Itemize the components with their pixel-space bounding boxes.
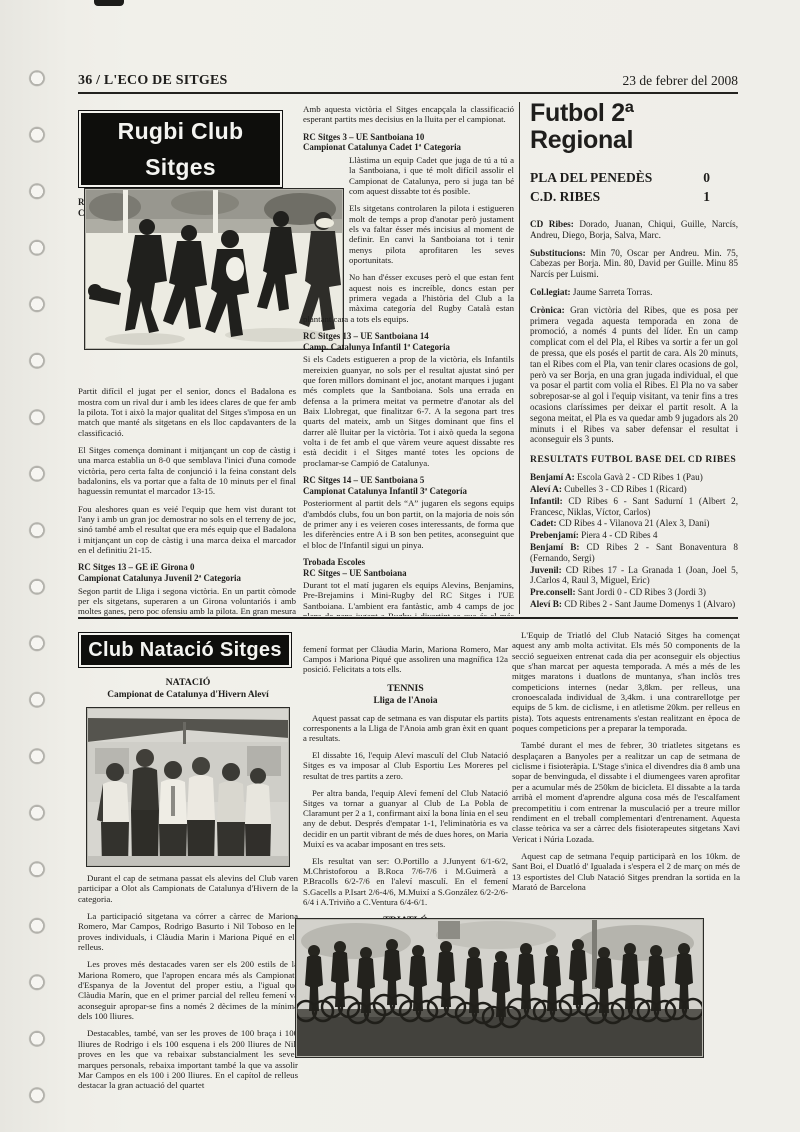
base-result-row: Benjamí A: Escola Gavà 2 - CD Ribes 1 (P… xyxy=(530,472,738,483)
scan-smudge xyxy=(94,0,124,6)
result-label: Juvenil: xyxy=(530,565,562,575)
article-paragraph: Per altra banda, l'equip Aleví femení de… xyxy=(303,788,508,849)
article-paragraph: femení format per Clàudia Marin, Mariona… xyxy=(303,644,508,675)
lineup-label: CD Ribes: xyxy=(530,219,574,229)
match-score: RC Sitges 3 – UE Santboiana 10 xyxy=(303,132,514,143)
article-paragraph: Partit difícil el jugat per el senior, d… xyxy=(78,386,296,438)
team-goals: 0 xyxy=(703,168,738,187)
column-divider xyxy=(519,102,520,614)
match-score: RC Sitges 13 – UE Santboiana 14 xyxy=(303,331,514,342)
article-paragraph: També durant el mes de febrer, 30 triatl… xyxy=(512,740,740,843)
futbol-section-title: Futbol 2ª Regional xyxy=(530,100,738,154)
swim-team-photo xyxy=(86,707,290,867)
referee-paragraph: Col.legiat: Jaume Sarreta Torras. xyxy=(530,287,738,298)
match-heading-infantil1: RC Sitges 13 – UE Santboiana 14 Camp. Ca… xyxy=(303,331,514,352)
article-paragraph: Amb aquesta victòria el Sitges encapçala… xyxy=(303,104,514,125)
result-text: CD Ribes 2 - Sant Jaume Domenys 1 (Alvar… xyxy=(562,599,735,609)
rugby-middle-column: Amb aquesta victòria el Sitges encapçala… xyxy=(303,104,514,616)
result-text: Cubelles 3 - CD Ribes 1 (Ricard) xyxy=(562,484,687,494)
paragraph-text: Llàstima un equip Cadet que juga de tú a… xyxy=(349,155,514,196)
result-text: CD Ribes 17 - La Granada 1 (Joan, Joel 5… xyxy=(530,565,738,586)
chronicle-label: Crònica: xyxy=(530,305,565,315)
match-competition: Camp. Catalunya Infantil 1ª Categoria xyxy=(303,342,514,353)
article-paragraph: Durant tot el matí jugaren els equips Al… xyxy=(303,580,514,616)
match-competition: Campionat Catalunya Infantil 3ª Categorí… xyxy=(303,486,514,497)
result-label: Cadet: xyxy=(530,518,557,528)
article-paragraph: Durant el cap de setmana passat els alev… xyxy=(78,873,298,904)
subs-label: Substitucions: xyxy=(530,248,586,258)
match-heading-juvenil: RC Sitges 13 – GE iE Girona 0 Campionat … xyxy=(78,562,296,583)
article-paragraph: L'Equip de Triatló del Club Natació Sitg… xyxy=(512,630,740,733)
referee-text: Jaume Sarreta Torras. xyxy=(571,287,653,297)
triatlo-column: L'Equip de Triatló del Club Natació Sitg… xyxy=(512,630,740,914)
match-score: RC Sitges 13 – GE iE Girona 0 xyxy=(78,562,296,573)
rugby-section-title-box: Rugbi Club Sitges xyxy=(78,110,283,188)
article-paragraph: El Sitges comença dominant i mitjançant … xyxy=(78,445,296,497)
rugby-left-column: Rugbi Club Sitges RC Sitges 21 – CR Bada… xyxy=(78,110,296,616)
article-paragraph: Si els Cadets estigueren a prop de la vi… xyxy=(303,354,514,468)
tennis-column: femení format per Clàudia Marin, Mariona… xyxy=(303,644,508,920)
article-paragraph: Els resultat van ser: O.Portillo a J.Jun… xyxy=(303,856,508,907)
cyclists-photo-art xyxy=(296,919,703,1057)
match-heading-escoles: Trobada Escoles RC Sitges – UE Santboian… xyxy=(303,557,514,578)
article-paragraph: Aquest cap de setmana l'equip participar… xyxy=(512,851,740,892)
team-name: PLA DEL PENEDÈS xyxy=(530,168,652,187)
lineup-paragraph: CD Ribes: Dorado, Juanan, Chiqui, Guille… xyxy=(530,219,738,241)
team-goals: 1 xyxy=(703,187,738,206)
article-paragraph: Destacables, també, van ser les proves d… xyxy=(78,1028,298,1090)
base-result-row: Aleví A: Cubelles 3 - CD Ribes 1 (Ricard… xyxy=(530,484,738,495)
newspaper-page: 36 / L'ECO DE SITGES 23 de febrer del 20… xyxy=(0,0,800,1132)
base-results-title: RESULTATS FUTBOL BASE DEL CD RIBES xyxy=(530,454,738,466)
match-competition: RC Sitges – UE Santboiana xyxy=(303,568,514,579)
match-score: RC Sitges 14 – UE Santboiana 5 xyxy=(303,475,514,486)
natacio-subheading: Campionat de Catalunya d'Hivern Aleví xyxy=(78,689,298,701)
result-label: Benjamí B: xyxy=(530,542,579,552)
match-competition: Campionat Catalunya Juvenil 2ª Categoria xyxy=(78,573,296,584)
chronicle-paragraph: Crònica: Gran victòria del Ribes, que es… xyxy=(530,305,738,445)
result-label: Prebenjamí: xyxy=(530,530,579,540)
futbol-column: Futbol 2ª Regional PLA DEL PENEDÈS 0 C.D… xyxy=(530,100,738,614)
result-text: Escola Gavà 2 - CD Ribes 1 (Pau) xyxy=(575,472,703,482)
article-paragraph: Llàstima un equip Cadet que juga de tú a… xyxy=(303,155,514,196)
tennis-subheading: Lliga de l'Anoia xyxy=(303,695,508,707)
referee-label: Col.legiat: xyxy=(530,287,571,297)
substitutions-paragraph: Substitucions: Min 70, Oscar per Andreu.… xyxy=(530,248,738,280)
masthead: 36 / L'ECO DE SITGES 23 de febrer del 20… xyxy=(78,70,738,94)
result-label: Benjamí A: xyxy=(530,472,575,482)
match-competition: Campionat Catalunya Cadet 1ª Categoria xyxy=(303,142,514,153)
base-result-row: Aleví B: CD Ribes 2 - Sant Jaume Domenys… xyxy=(530,599,738,610)
article-paragraph: Fou aleshores quan es veié l'equip que h… xyxy=(78,504,296,556)
tennis-heading: TENNIS xyxy=(303,683,508,695)
rugby-section-title: Rugbi Club Sitges xyxy=(81,113,280,185)
section-divider-rule xyxy=(78,617,738,619)
top-section: Rugbi Club Sitges RC Sitges 21 – CR Bada… xyxy=(0,96,800,618)
natacio-heading: NATACIÓ xyxy=(78,677,298,689)
swim-photo-art xyxy=(87,708,289,866)
match-heading-infantil3: RC Sitges 14 – UE Santboiana 5 Campionat… xyxy=(303,475,514,496)
base-result-row: Benjamí B: CD Ribes 2 - Sant Bonaventura… xyxy=(530,542,738,564)
photo-wrap-spacer xyxy=(303,165,349,307)
issue-date: 23 de febrer del 2008 xyxy=(623,73,738,89)
result-label: Aleví B: xyxy=(530,599,562,609)
article-paragraph: La participació sitgetana va córrer a cà… xyxy=(78,911,298,952)
match-heading-cadet: RC Sitges 3 – UE Santboiana 10 Campionat… xyxy=(303,132,514,153)
article-paragraph: Les proves més destacades varen ser els … xyxy=(78,959,298,1021)
score-row: C.D. RIBES 1 xyxy=(530,187,738,206)
article-paragraph: El dissabte 16, l'equip Aleví masculí de… xyxy=(303,750,508,781)
natacio-section-title: Club Natació Sitges xyxy=(81,635,289,665)
page-number-title: 36 / L'ECO DE SITGES xyxy=(78,73,228,89)
natacio-column: Club Natació Sitges NATACIÓ Campionat de… xyxy=(78,632,298,1122)
article-paragraph: Aquest passat cap de setmana es van disp… xyxy=(303,713,508,744)
article-paragraph: Posteriorment al partit dels “A” jugaren… xyxy=(303,498,514,550)
result-label: Aleví A: xyxy=(530,484,562,494)
result-text: Sant Jordi 0 - CD Ribes 3 (Jordi 3) xyxy=(576,587,706,597)
chronicle-text: Gran victòria del Ribes, que es posa per… xyxy=(530,305,738,445)
futbol-scoreboard: PLA DEL PENEDÈS 0 C.D. RIBES 1 xyxy=(530,168,738,206)
article-paragraph: Segon partit de Lliga i segona victòria.… xyxy=(78,586,296,616)
bottom-section: Club Natació Sitges NATACIÓ Campionat de… xyxy=(0,620,800,1132)
base-result-row: Prebenjamí: Piera 4 - CD Ribes 4 xyxy=(530,530,738,541)
result-text: Piera 4 - CD Ribes 4 xyxy=(579,530,658,540)
cyclists-group-photo xyxy=(295,918,704,1058)
score-row: PLA DEL PENEDÈS 0 xyxy=(530,168,738,187)
base-result-row: Juvenil: CD Ribes 17 - La Granada 1 (Joa… xyxy=(530,565,738,587)
match-score: Trobada Escoles xyxy=(303,557,514,568)
team-name: C.D. RIBES xyxy=(530,187,600,206)
base-result-row: Cadet: CD Ribes 4 - Vilanova 21 (Alex 3,… xyxy=(530,518,738,529)
base-result-row: Pre.consell: Sant Jordi 0 - CD Ribes 3 (… xyxy=(530,587,738,598)
result-label: Infantil: xyxy=(530,496,563,506)
natacio-section-title-box: Club Natació Sitges xyxy=(78,632,292,668)
result-text: CD Ribes 4 - Vilanova 21 (Alex 3, Dani) xyxy=(557,518,710,528)
result-label: Pre.consell: xyxy=(530,587,576,597)
base-result-row: Infantil: CD Ribes 6 - Sant Sadurní 1 (A… xyxy=(530,496,738,518)
